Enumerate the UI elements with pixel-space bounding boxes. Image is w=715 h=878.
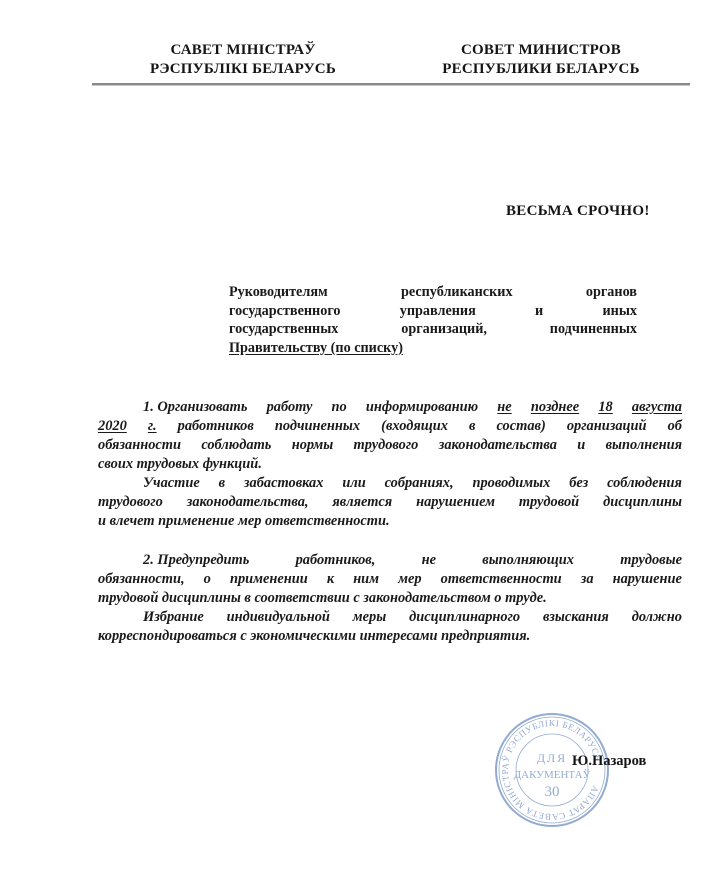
- word: по: [332, 398, 347, 417]
- deadline-word: г.: [148, 417, 157, 436]
- word: работу: [267, 398, 313, 417]
- word: нормы: [292, 436, 334, 455]
- word: нарушение: [613, 570, 682, 589]
- word: не: [422, 551, 436, 570]
- word: является: [332, 493, 392, 512]
- body-line: Избрание индивидуальной меры дисциплинар…: [98, 608, 682, 627]
- header-belarusian-line2: РЭСПУБЛІКІ БЕЛАРУСЬ: [132, 60, 354, 79]
- deadline-word: позднее: [531, 398, 579, 417]
- word: или: [342, 474, 365, 493]
- word: организаций: [567, 417, 647, 436]
- word: республиканских: [401, 283, 513, 302]
- line-text: трудовой дисциплины в соответствии с зак…: [98, 589, 547, 608]
- instruction-item-2-note: Избрание индивидуальной меры дисциплинар…: [98, 608, 682, 646]
- header-belarusian-line1: САВЕТ МІНІСТРАЎ: [132, 41, 354, 60]
- deadline-word: 18: [598, 398, 612, 417]
- body-line: корреспондироваться с экономическими инт…: [98, 627, 682, 646]
- word: 2. Предупредить: [143, 551, 249, 570]
- word: ответственности: [441, 570, 562, 589]
- addressee-line: Руководителям республиканских органов: [229, 283, 637, 302]
- word: ним: [353, 570, 379, 589]
- deadline-word: 2020: [98, 417, 127, 436]
- word: трудового: [98, 493, 163, 512]
- word: обязанности,: [98, 570, 185, 589]
- body-line: обязанности соблюдать нормы трудового за…: [98, 436, 682, 455]
- word: Участие: [143, 474, 200, 493]
- official-stamp-icon: АПАРАТ САВЕТА МІНІСТРАЎ РЭСПУБЛІКІ БЕЛАР…: [494, 712, 610, 828]
- word: за: [581, 570, 594, 589]
- line-text: и влечет применение мер ответственности.: [98, 512, 390, 531]
- word: должно: [632, 608, 682, 627]
- word: подчиненных: [275, 417, 360, 436]
- word: 1. Организовать: [143, 398, 247, 417]
- word: собраниях,: [385, 474, 454, 493]
- word: трудовые: [620, 551, 682, 570]
- word: соблюдать: [201, 436, 271, 455]
- header-russian-line2: РЕСПУБЛИКИ БЕЛАРУСЬ: [428, 60, 654, 79]
- word: дисциплинарного: [409, 608, 520, 627]
- word: государственных: [229, 320, 338, 339]
- signature-name: Ю.Назаров: [572, 753, 646, 770]
- word: соблюдения: [607, 474, 682, 493]
- word: органов: [586, 283, 637, 302]
- instruction-item-1-note: Участие в забастовках или собраниях, про…: [98, 474, 682, 531]
- word: выполнения: [606, 436, 682, 455]
- word: Руководителям: [229, 283, 328, 302]
- instruction-item-1: 1. Организовать работу по информированию…: [98, 398, 682, 474]
- body-line: трудовой дисциплины в соответствии с зак…: [98, 589, 682, 608]
- word: иных: [602, 302, 637, 321]
- line-text: своих трудовых функций.: [98, 455, 262, 474]
- word: (входящих: [381, 417, 448, 436]
- word: выполняющих: [482, 551, 574, 570]
- word: трудовой: [519, 493, 579, 512]
- word: дисциплины: [603, 493, 682, 512]
- word: работников: [178, 417, 254, 436]
- word: законодательства,: [187, 493, 309, 512]
- body-line: своих трудовых функций.: [98, 455, 682, 474]
- deadline-word: августа: [632, 398, 682, 417]
- word: о: [204, 570, 211, 589]
- stamp-center-line2: ДАКУМЕНТАЎ: [514, 769, 591, 781]
- word: организаций,: [401, 320, 487, 339]
- word: индивидуальной: [227, 608, 330, 627]
- word: к: [327, 570, 334, 589]
- word: без: [569, 474, 588, 493]
- word: мер: [398, 570, 421, 589]
- word: об: [668, 417, 682, 436]
- stamp-center-number: 30: [545, 784, 560, 800]
- body-line: и влечет применение мер ответственности.: [98, 512, 682, 531]
- header-russian: СОВЕТ МИНИСТРОВ РЕСПУБЛИКИ БЕЛАРУСЬ: [428, 41, 654, 79]
- word: взыскания: [543, 608, 609, 627]
- body-line: Участие в забастовках или собраниях, про…: [98, 474, 682, 493]
- word: трудового: [354, 436, 419, 455]
- word: и: [577, 436, 585, 455]
- body-line: 1. Организовать работу по информированию…: [98, 398, 682, 417]
- header-divider: [92, 83, 690, 86]
- header-russian-line1: СОВЕТ МИНИСТРОВ: [428, 41, 654, 60]
- header-belarusian: САВЕТ МІНІСТРАЎ РЭСПУБЛІКІ БЕЛАРУСЬ: [132, 41, 354, 79]
- line-text: корреспондироваться с экономическими инт…: [98, 627, 530, 646]
- urgency-mark: ВЕСЬМА СРОЧНО!: [506, 203, 650, 220]
- word: управления: [400, 302, 476, 321]
- addressee-government-list: Правительству (по списку): [229, 339, 403, 358]
- word: и: [535, 302, 543, 321]
- body-line: 2. Предупредить работников, не выполняющ…: [98, 551, 682, 570]
- word: информированию: [366, 398, 478, 417]
- word: в: [219, 474, 225, 493]
- body-line: 2020 г. работников подчиненных (входящих…: [98, 417, 682, 436]
- document-page: САВЕТ МІНІСТРАЎ РЭСПУБЛІКІ БЕЛАРУСЬ СОВЕ…: [0, 0, 715, 878]
- addressee-line: Правительству (по списку): [229, 339, 637, 358]
- addressee-line: государственного управления и иных: [229, 302, 637, 321]
- word: меры: [353, 608, 386, 627]
- word: применении: [230, 570, 308, 589]
- word: законодательства: [439, 436, 557, 455]
- word: проводимых: [472, 474, 550, 493]
- word: нарушением: [416, 493, 495, 512]
- word: состав): [497, 417, 546, 436]
- deadline-word: не: [497, 398, 511, 417]
- stamp-center-line1: ДЛЯ: [537, 751, 567, 765]
- addressee-line: государственных организаций, подчиненных: [229, 320, 637, 339]
- addressee-block: Руководителям республиканских органов го…: [229, 283, 637, 357]
- word: Избрание: [143, 608, 204, 627]
- body-line: трудового законодательства, является нар…: [98, 493, 682, 512]
- word: подчиненных: [550, 320, 637, 339]
- word: обязанности: [98, 436, 181, 455]
- word: забастовках: [244, 474, 324, 493]
- word: в: [469, 417, 475, 436]
- word: работников,: [296, 551, 376, 570]
- instruction-item-2: 2. Предупредить работников, не выполняющ…: [98, 551, 682, 608]
- body-line: обязанности, о применении к ним мер отве…: [98, 570, 682, 589]
- word: государственного: [229, 302, 341, 321]
